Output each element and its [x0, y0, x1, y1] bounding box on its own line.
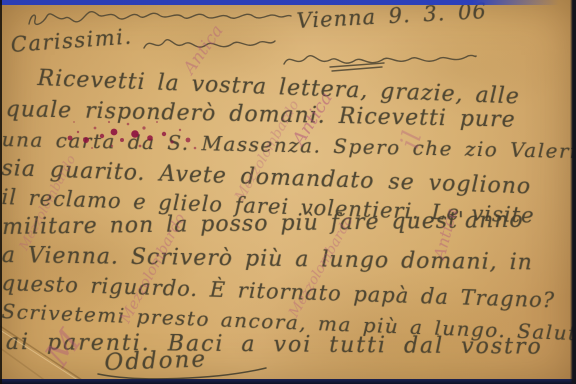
- scan-edge-right: [570, 0, 576, 384]
- handwritten-line: militare non la posso più fare quest'ann…: [2, 208, 524, 240]
- signature: Oddone: [104, 346, 207, 376]
- scan-edge-top: [0, 0, 576, 5]
- show-through-text: Antica: [180, 21, 228, 78]
- scan-edge-left: [0, 0, 2, 384]
- inverted-scrawl-line-2: [140, 26, 280, 56]
- handwritten-line: a Vienna. Scriverò più a lungo domani, i…: [2, 243, 533, 275]
- scan-edge-bottom: [0, 379, 576, 384]
- salutation: Carissimi.: [10, 24, 133, 56]
- postcard-scan: Vienna 9. 3. 06 Carissimi. Ricevetti la …: [0, 0, 576, 384]
- inverted-scrawl-line-1: [25, 4, 295, 32]
- handwritten-line: ai parenti. Baci a voi tutti dal vostro: [6, 330, 543, 360]
- inverted-scrawl-line-3: [280, 40, 480, 74]
